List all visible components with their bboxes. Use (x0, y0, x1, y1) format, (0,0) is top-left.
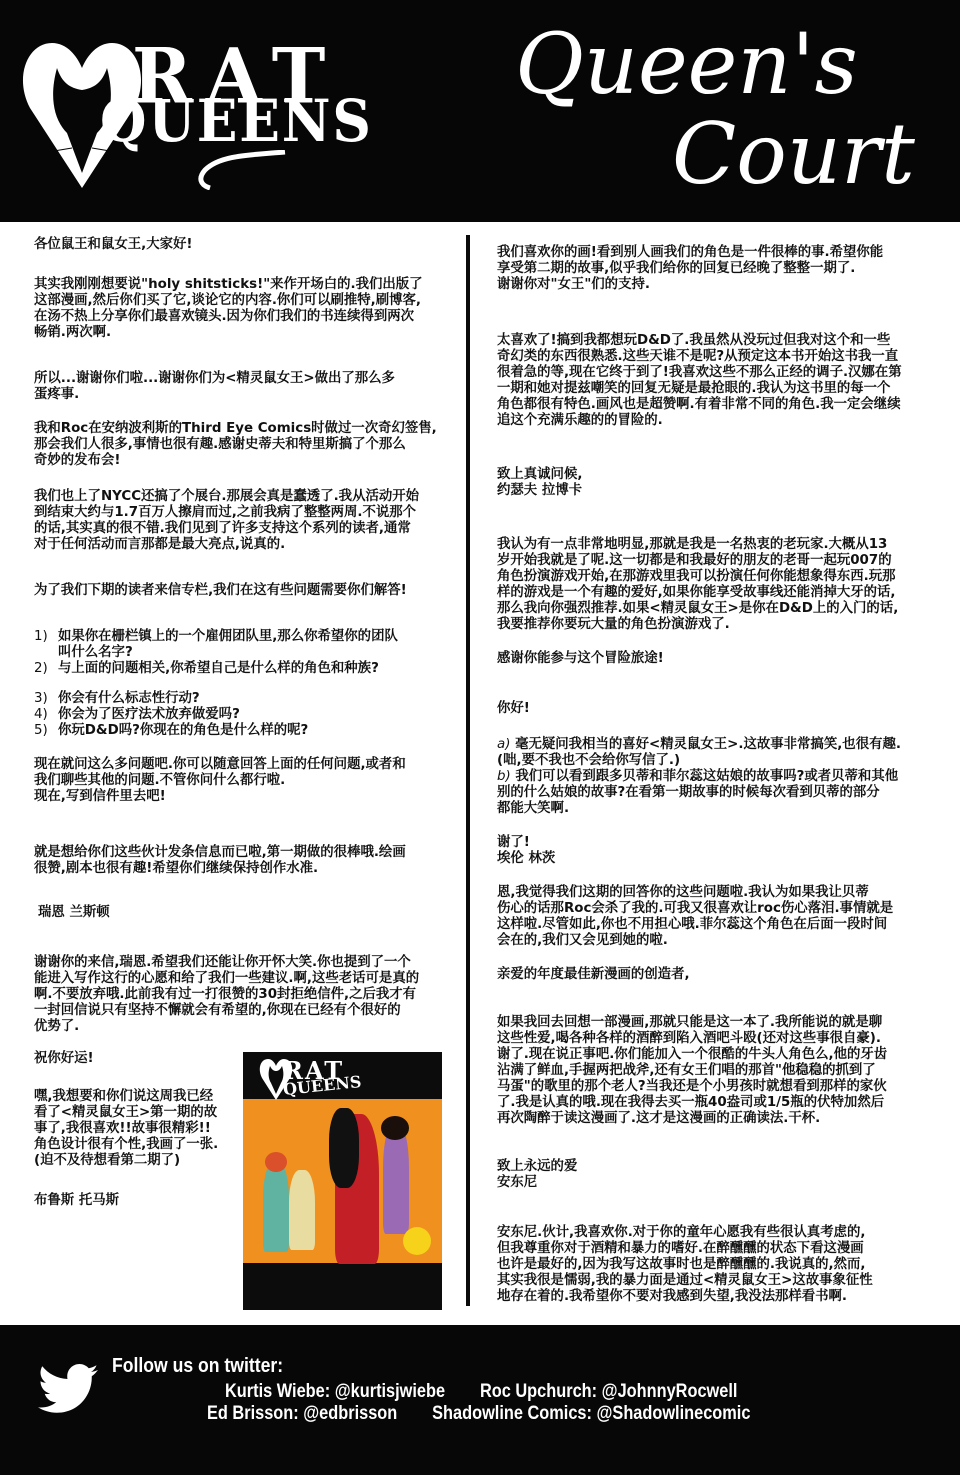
twitter-handle-link[interactable]: @JohnnyRocwell (602, 1381, 738, 1402)
character-figure-elf-hair (329, 1108, 359, 1188)
letter-anthony-greeting: 亲爱的年度最佳新漫画的创造者, (497, 967, 937, 983)
twitter-bird-icon (38, 1363, 98, 1415)
letter-aaron-greeting: 你好! (497, 701, 937, 717)
letter-joseph: 太喜欢了!搞到我都想玩D&D了.我虽然从没玩过但我对这个和一些 奇幻类的东西很熟… (497, 333, 937, 429)
logo-queens-text: QUEENS (100, 92, 373, 150)
question-text: 你会为了医疗法术放弃做爱吗? (58, 707, 240, 722)
signing-paragraph: 我和Roc在安纳波利斯的Third Eye Comics时做过一次奇幻签售, 那… (34, 421, 454, 469)
letter-anthony: 如果我回去回想一部漫画,那就只能是这一本了.我所能说的就是聊 这些性爱,喝各种各… (497, 1015, 937, 1127)
reply-joseph-closing: 感谢你能参与这个冒险旅途! (497, 651, 937, 667)
question-item: 1)如果你在栅栏镇上的一个雇佣团队里,那么你希望你的团队 叫什么名字? (34, 629, 454, 661)
letter-anthony-signature: 致上永远的爱 安东尼 (497, 1159, 937, 1191)
questions-list: 1)如果你在栅栏镇上的一个雇佣团队里,那么你希望你的团队 叫什么名字? 2)与上… (34, 629, 454, 739)
letter-aaron-part-a: a) 毫无疑问我相当的喜好<精灵鼠女王>.这故事非常搞笑,也很有趣. (咄,要不… (497, 737, 937, 769)
list-marker-b: b) (497, 769, 511, 784)
character-figure-redhead-hair (265, 1152, 287, 1172)
reply-joseph: 我认为有一点非常地明显,那就是我是一名热衷的老玩家.大概从13 岁开始我就是了呢… (497, 537, 937, 633)
greeting: 各位鼠王和鼠女王,大家好! (34, 237, 454, 253)
letter-aaron-a-text: 毫无疑问我相当的喜好<精灵鼠女王>.这故事非常搞笑,也很有趣. (咄,要不我也不… (497, 737, 901, 768)
account-name: Ed Brisson: (207, 1403, 299, 1424)
magic-orb (403, 1227, 431, 1255)
question-number: 2) (34, 661, 48, 677)
twitter-handle-link[interactable]: @edbrisson (303, 1403, 397, 1424)
letter-ryan: 就是想给你们这些伙计发条信息而已啦,第一期做的很棒哦.绘画 很赞,剧本也很有趣!… (34, 845, 454, 877)
letter-ryan-signature: 瑞恩 兰斯顿 (34, 905, 454, 921)
twitter-handles-row-2: Ed Brisson: @edbrisson Shadowline Comics… (207, 1403, 750, 1425)
letter-bruce: 嘿,我想要和你们说这周我已经 看了<精灵鼠女王>第一期的故 事了,我很喜欢!!故… (34, 1089, 234, 1169)
twitter-handle-link[interactable]: @kurtisjwiebe (335, 1381, 445, 1402)
question-number: 4) (34, 707, 48, 723)
reply-ryan: 谢谢你的来信,瑞恩.希望我们还能让你开怀大笑.你也提到了一个 能进入写作这行的心… (34, 955, 454, 1035)
question-text: 你玩D&D吗?你现在的角色是什么样的呢? (58, 723, 308, 738)
question-number: 3) (34, 691, 48, 707)
reply-anthony: 安东尼.伙计,我喜欢你.对于你的童年心愿我有些很认真考虑的, 但我尊重你对于酒精… (497, 1225, 937, 1305)
nycc-paragraph: 我们也上了NYCC还搞了个展台.那展会真是蠢透了.我从活动开始 到结束大约与1.… (34, 489, 454, 553)
page-header: RAT QUEENS Queen's Court (0, 0, 960, 222)
question-item: 4)你会为了医疗法术放弃做爱吗? (34, 707, 454, 723)
question-item: 3)你会有什么标志性行动? (34, 691, 454, 707)
twitter-footer: Follow us on twitter: Kurtis Wiebe: @kur… (0, 1325, 960, 1475)
queens-court-title-line1: Queen's (515, 22, 858, 106)
question-text: 如果你在栅栏镇上的一个雇佣团队里,那么你希望你的团队 叫什么名字? (58, 629, 398, 660)
question-item: 5)你玩D&D吗?你现在的角色是什么样的呢? (34, 723, 454, 739)
twitter-handles-row-1: Kurtis Wiebe: @kurtisjwiebe Roc Upchurch… (225, 1381, 737, 1403)
column-divider (466, 235, 470, 1306)
character-figure-blonde (289, 1170, 315, 1250)
rat-tail-icon (190, 150, 290, 190)
intro-paragraph: 其实我刚刚想要说"holy shitsticks!"来作开场白的.我们出版了 这… (34, 277, 454, 341)
reply-bruce: 我们喜欢你的画!看到别人画我们的角色是一件很棒的事.希望你能 享受第二期的故事,… (497, 245, 937, 293)
question-number: 1) (34, 629, 48, 645)
question-item: 2)与上面的问题相关,你希望自己是什么样的角色和种族? (34, 661, 454, 677)
character-figure-cleric-hair (381, 1116, 409, 1140)
question-text: 与上面的问题相关,你希望自己是什么样的角色和种族? (58, 661, 379, 676)
character-figure-redhead (263, 1162, 289, 1252)
question-text: 你会有什么标志性行动? (58, 691, 200, 706)
twitter-handle-link[interactable]: @Shadowlinecomic (596, 1403, 750, 1424)
letter-aaron-b-text: 我们可以看到跟多贝蒂和菲尔蕊这姑娘的故事吗?或者贝蒂和其他 别的什么姑娘的故事?… (497, 769, 898, 816)
questions-intro: 为了我们下期的读者来信专栏,我们在这有些问题需要你们解答! (34, 583, 454, 599)
letter-aaron-part-b: b) 我们可以看到跟多贝蒂和菲尔蕊这姑娘的故事吗?或者贝蒂和其他 别的什么姑娘的… (497, 769, 937, 817)
question-number: 5) (34, 723, 48, 739)
closing-paragraph: 现在就问这么多问题吧.你可以随意回答上面的任何问题,或者和 我们聊些其他的问题.… (34, 757, 454, 805)
account-name: Shadowline Comics: (432, 1403, 592, 1424)
queens-court-title-line2: Court (672, 112, 915, 196)
fan-art-cover-image: RAT QUEENS (243, 1052, 442, 1310)
letter-aaron-signature: 谢了! 埃伦 林茨 (497, 835, 937, 867)
list-marker-a: a) (497, 737, 510, 752)
letter-joseph-signature: 致上真诚问候, 约瑟夫 拉博卡 (497, 467, 937, 499)
follow-us-label: Follow us on twitter: (112, 1355, 283, 1378)
thanks-paragraph: 所以...谢谢你们啦...谢谢你们为<精灵鼠女王>做出了那么多 蛋疼事. (34, 371, 454, 403)
account-name: Roc Upchurch: (480, 1381, 597, 1402)
right-column: 我们喜欢你的画!看到别人画我们的角色是一件很棒的事.希望你能 享受第二期的故事,… (497, 245, 937, 1305)
character-figure-cleric (383, 1124, 409, 1234)
account-name: Kurtis Wiebe: (225, 1381, 330, 1402)
reply-aaron: 恩,我觉得我们这期的回答你的这些问题啦.我认为如果我让贝蒂 伤心的话那Roc会杀… (497, 885, 937, 949)
